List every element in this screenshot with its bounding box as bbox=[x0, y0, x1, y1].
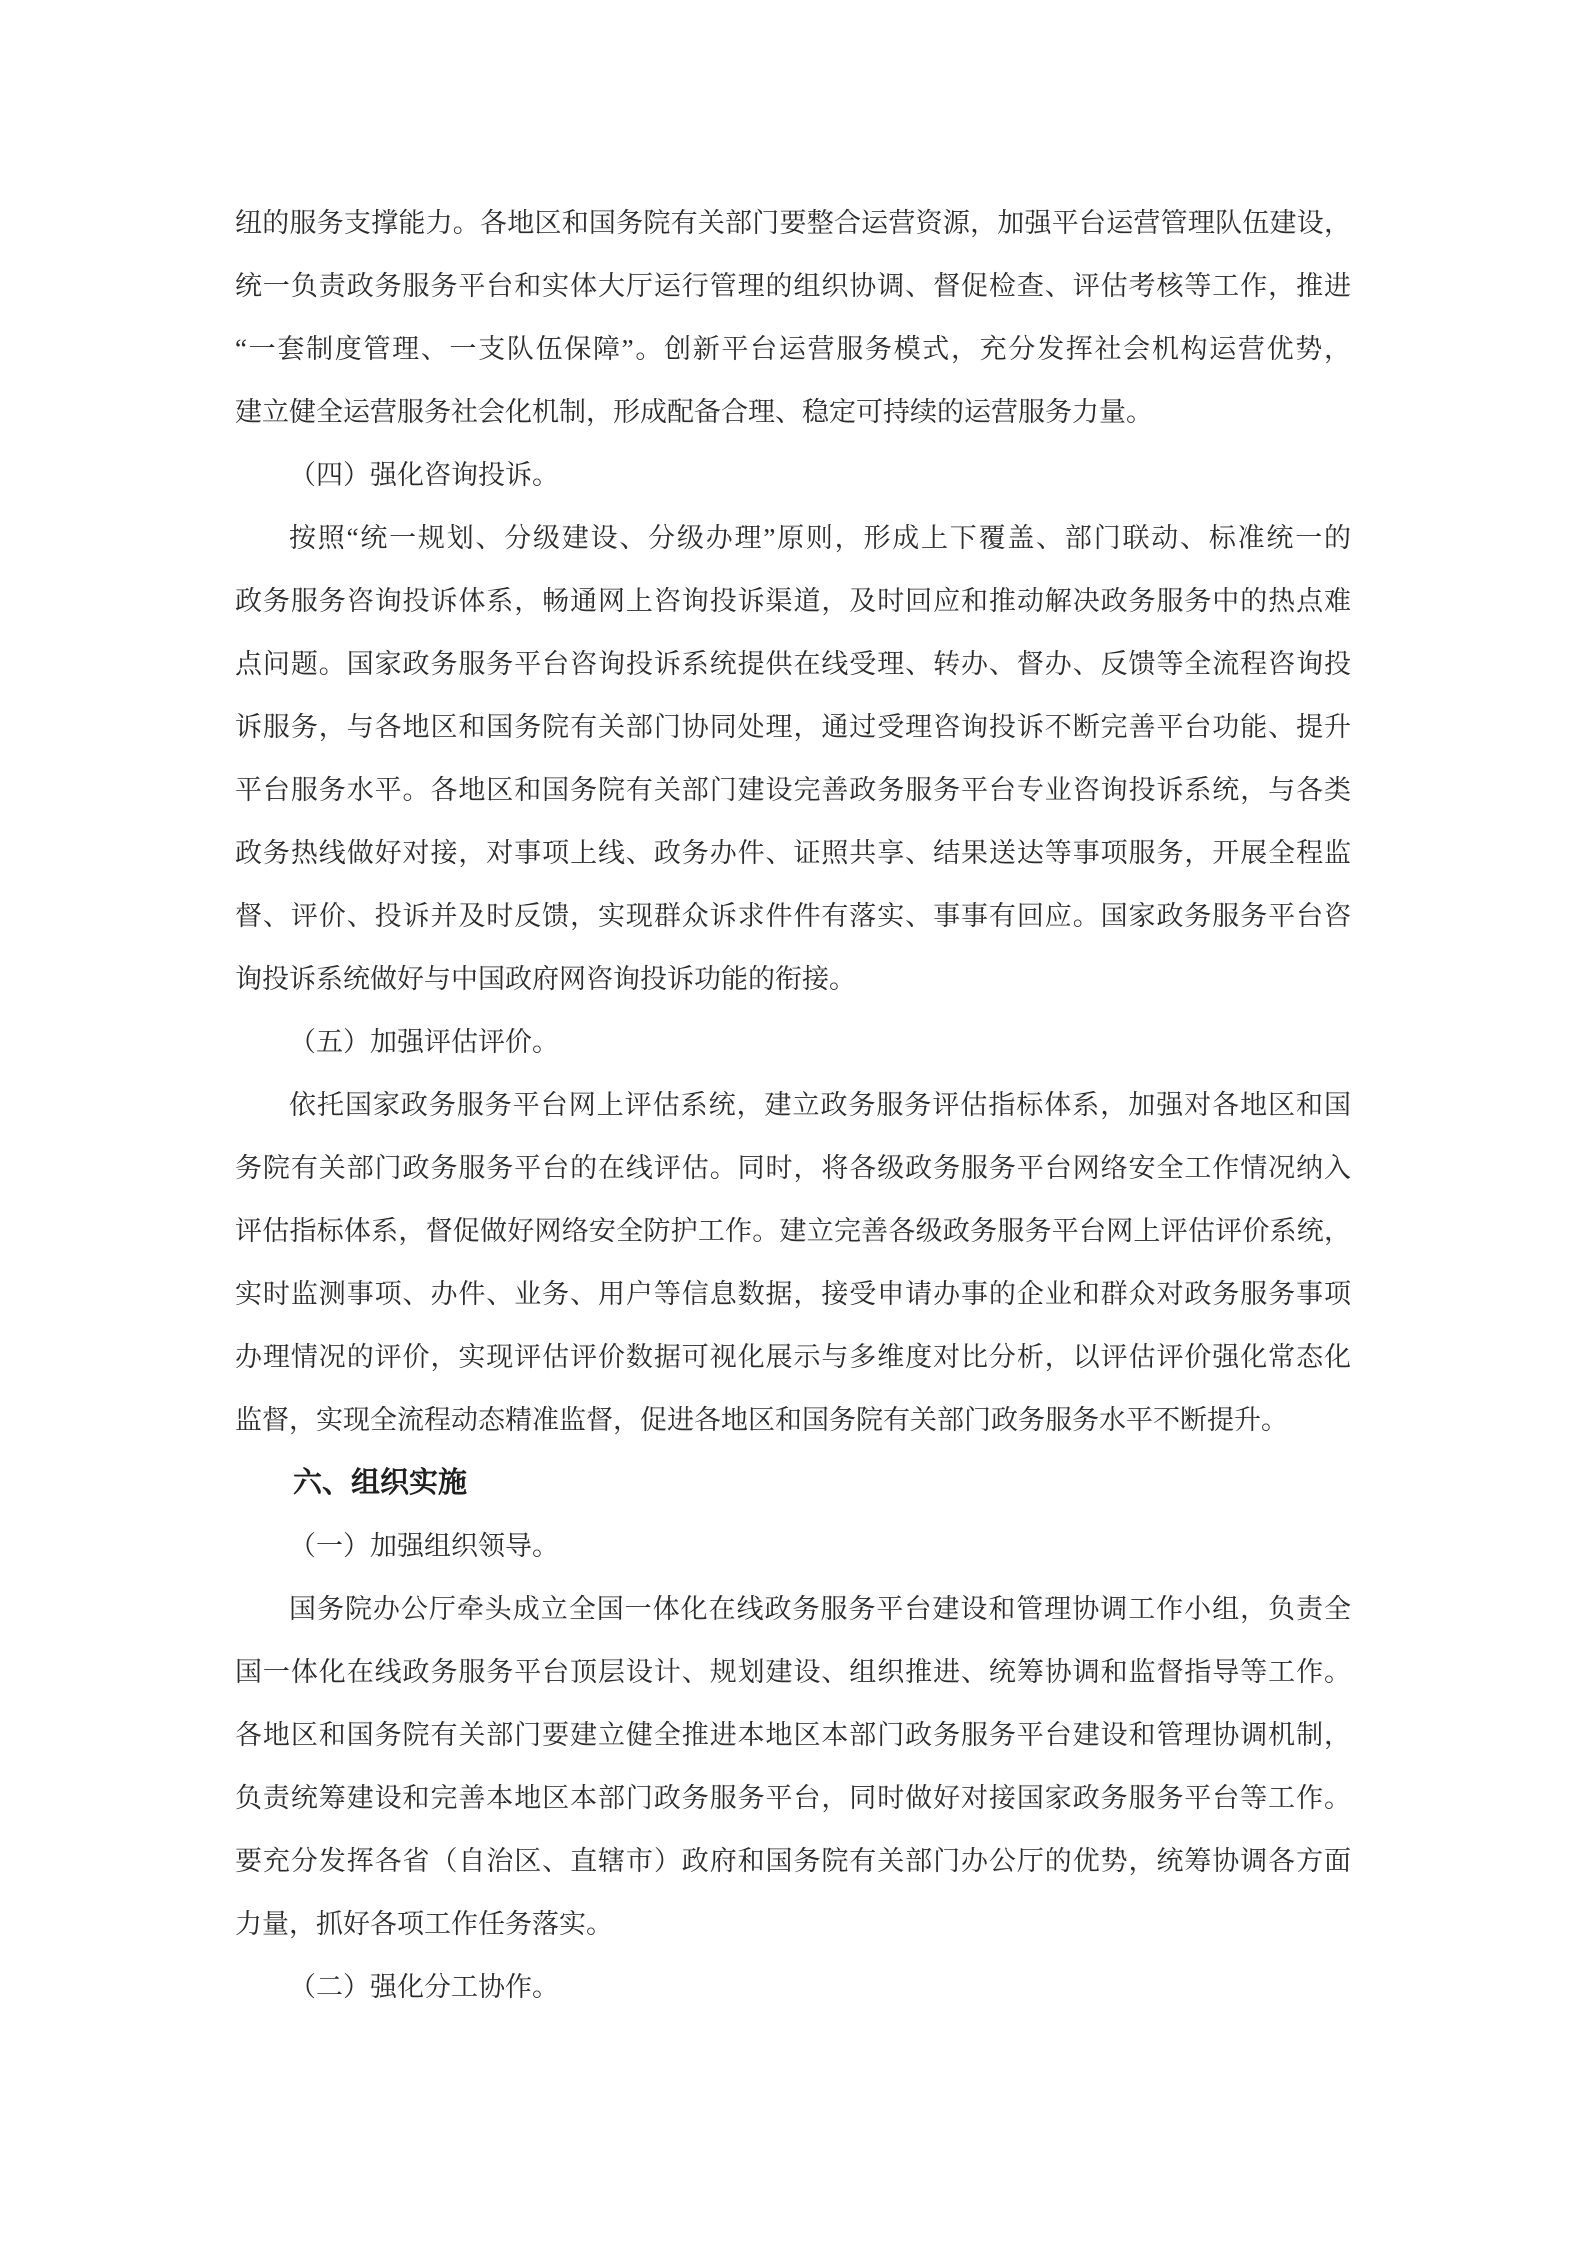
body-text-line: 办理情况的评价，实现评估评价数据可视化展示与多维度对比分析，以评估评价强化常态化 bbox=[235, 1326, 1351, 1389]
body-text-line: 实时监测事项、办件、业务、用户等信息数据，接受申请办事的企业和群众对政务服务事项 bbox=[235, 1263, 1351, 1326]
body-text-line: 国一体化在线政务服务平台顶层设计、规划建设、组织推进、统筹协调和监督指导等工作。 bbox=[235, 1641, 1351, 1704]
body-text-line: 点问题。国家政务服务平台咨询投诉系统提供在线受理、转办、督办、反馈等全流程咨询投 bbox=[235, 633, 1351, 696]
body-text-line: 务院有关部门政务服务平台的在线评估。同时，将各级政务服务平台网络安全工作情况纳入 bbox=[235, 1137, 1351, 1200]
body-text-line: 平台服务水平。各地区和国务院有关部门建设完善政务服务平台专业咨询投诉系统，与各类 bbox=[235, 759, 1351, 822]
body-text-line: 政务服务咨询投诉体系，畅通网上咨询投诉渠道，及时回应和推动解决政务服务中的热点难 bbox=[235, 570, 1351, 633]
body-text-line: 按照“统一规划、分级建设、分级办理”原则，形成上下覆盖、部门联动、标准统一的 bbox=[235, 507, 1351, 570]
body-text-line: 评估指标体系，督促做好网络安全防护工作。建立完善各级政务服务平台网上评估评价系统… bbox=[235, 1200, 1351, 1263]
body-text-line: 要充分发挥各省（自治区、直辖市）政府和国务院有关部门办公厅的优势，统筹协调各方面 bbox=[235, 1830, 1351, 1893]
body-text-line: 督、评价、投诉并及时反馈，实现群众诉求件件有落实、事事有回应。国家政务服务平台咨 bbox=[235, 885, 1351, 948]
subsection-heading: （五）加强评估评价。 bbox=[235, 1011, 1351, 1074]
document-page: 纽的服务支撑能力。各地区和国务院有关部门要整合运营资源，加强平台运营管理队伍建设… bbox=[0, 0, 1586, 2244]
body-text-line: 各地区和国务院有关部门要建立健全推进本地区本部门政务服务平台建设和管理协调机制， bbox=[235, 1704, 1351, 1767]
body-text-line: 诉服务，与各地区和国务院有关部门协同处理，通过受理咨询投诉不断完善平台功能、提升 bbox=[235, 696, 1351, 759]
body-text-line: 询投诉系统做好与中国政府网咨询投诉功能的衔接。 bbox=[235, 948, 1351, 1011]
subsection-heading: （二）强化分工协作。 bbox=[235, 1956, 1351, 2019]
subsection-heading: （一）加强组织领导。 bbox=[235, 1515, 1351, 1578]
body-text-line: 力量，抓好各项工作任务落实。 bbox=[235, 1893, 1351, 1956]
document-text-block: 纽的服务支撑能力。各地区和国务院有关部门要整合运营资源，加强平台运营管理队伍建设… bbox=[235, 192, 1351, 2019]
body-text-line: 国务院办公厅牵头成立全国一体化在线政务服务平台建设和管理协调工作小组，负责全 bbox=[235, 1578, 1351, 1641]
body-text-line: 建立健全运营服务社会化机制，形成配备合理、稳定可持续的运营服务力量。 bbox=[235, 381, 1351, 444]
body-text-line: “一套制度管理、一支队伍保障”。创新平台运营服务模式，充分发挥社会机构运营优势， bbox=[235, 318, 1351, 381]
body-text-line: 依托国家政务服务平台网上评估系统，建立政务服务评估指标体系，加强对各地区和国 bbox=[235, 1074, 1351, 1137]
body-text-line: 监督，实现全流程动态精准监督，促进各地区和国务院有关部门政务服务水平不断提升。 bbox=[235, 1389, 1351, 1452]
body-text-line: 纽的服务支撑能力。各地区和国务院有关部门要整合运营资源，加强平台运营管理队伍建设… bbox=[235, 192, 1351, 255]
body-text-line: 负责统筹建设和完善本地区本部门政务服务平台，同时做好对接国家政务服务平台等工作。 bbox=[235, 1767, 1351, 1830]
body-text-line: 政务热线做好对接，对事项上线、政务办件、证照共享、结果送达等事项服务，开展全程监 bbox=[235, 822, 1351, 885]
body-text-line: 统一负责政务服务平台和实体大厅运行管理的组织协调、督促检查、评估考核等工作，推进 bbox=[235, 255, 1351, 318]
section-heading: 六、组织实施 bbox=[235, 1452, 1351, 1515]
subsection-heading: （四）强化咨询投诉。 bbox=[235, 444, 1351, 507]
